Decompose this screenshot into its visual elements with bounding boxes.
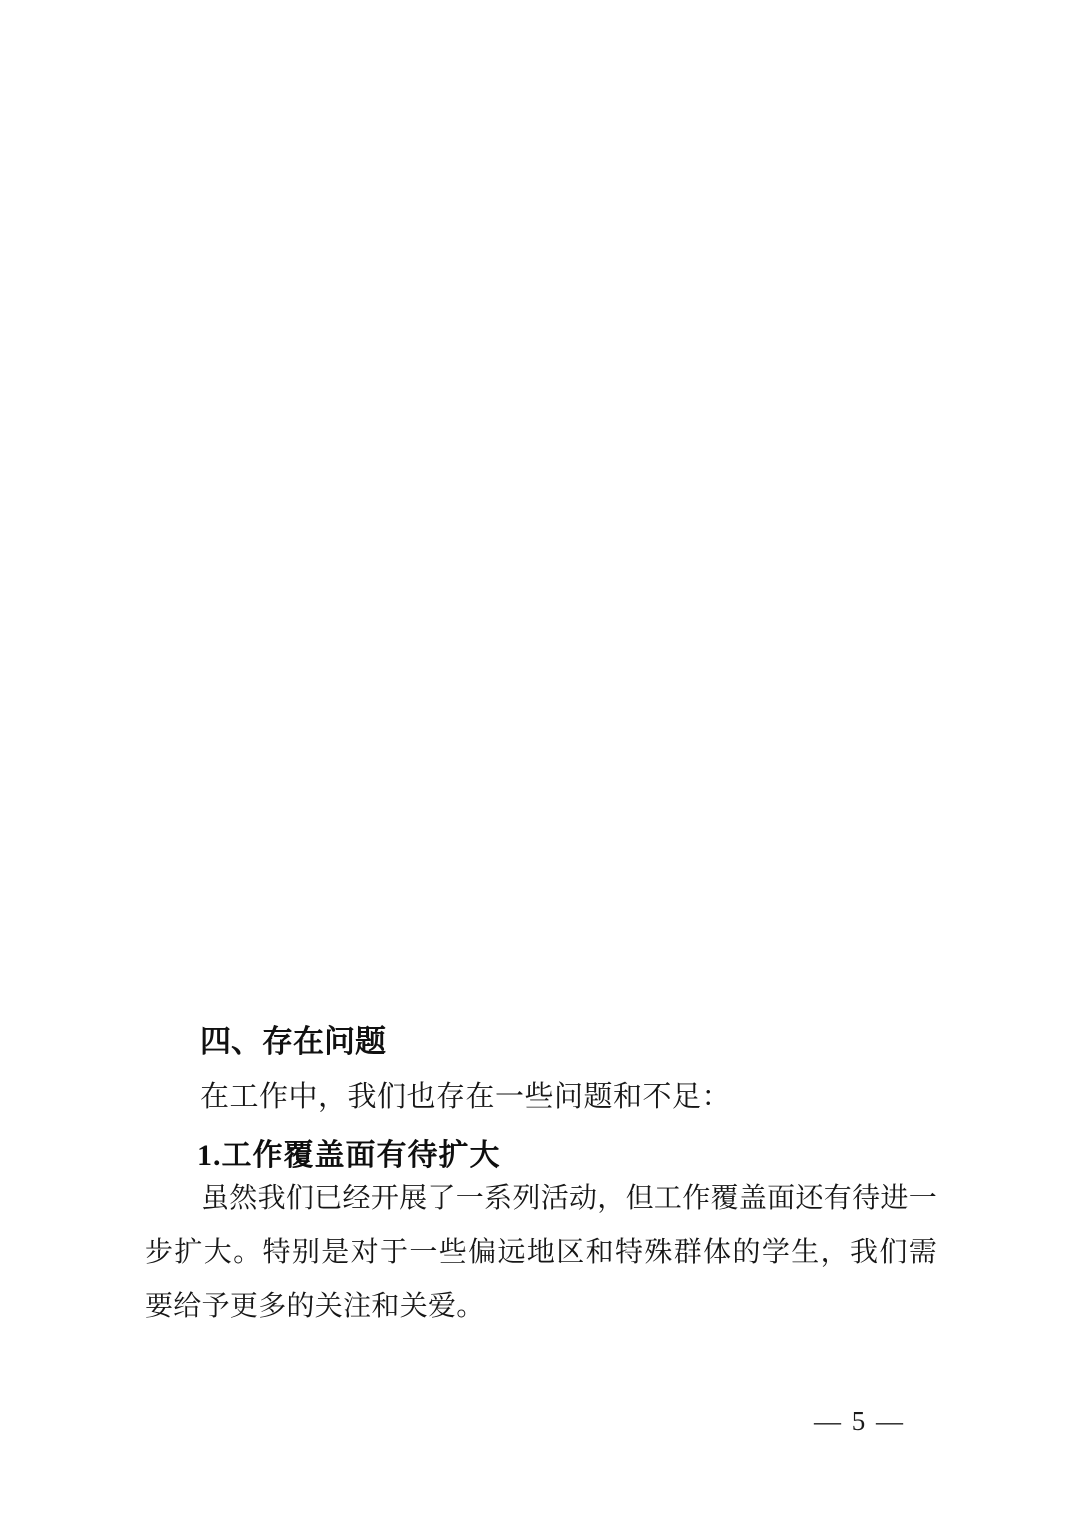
page-number: — 5 — — [814, 1406, 905, 1437]
intro-line: 在工作中，我们也存在一些问题和不足： — [200, 1074, 731, 1115]
section-heading: 四、存在问题 — [200, 1016, 386, 1061]
subsection-heading: 1.工作覆盖面有待扩大 — [197, 1130, 501, 1174]
document-page: 四、存在问题 在工作中，我们也存在一些问题和不足： 1.工作覆盖面有待扩大 虽然… — [0, 0, 1080, 1527]
body-paragraph: 虽然我们已经开展了一系列活动，但工作覆盖面还有待进一步扩大。特别是对于一些偏远地… — [145, 1172, 937, 1334]
